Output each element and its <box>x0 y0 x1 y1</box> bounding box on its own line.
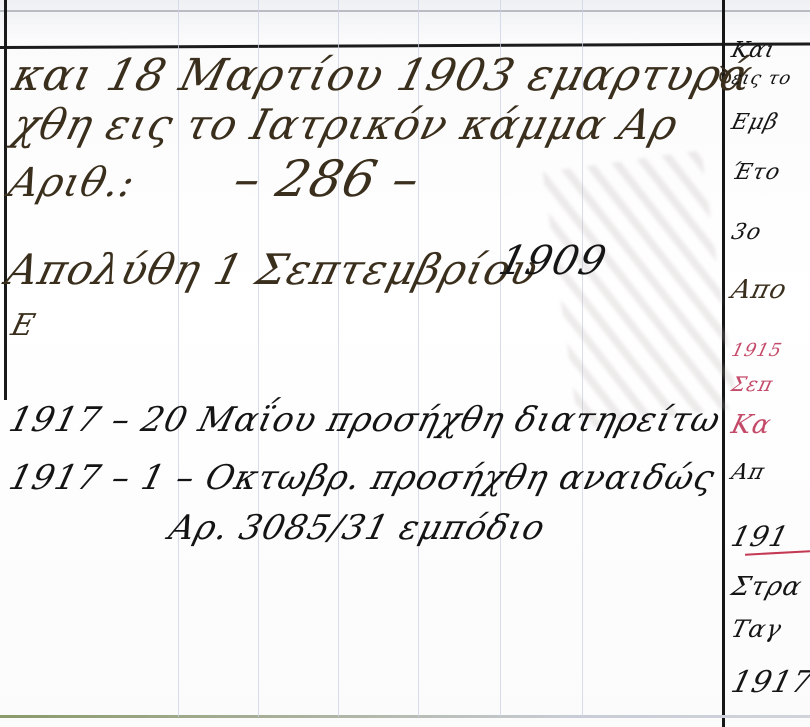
handwritten-line-3: Αριθ.: <box>4 160 140 206</box>
bottom-rule <box>0 715 810 718</box>
side-line-1: Και <box>729 38 778 63</box>
year-annotation: 1909 <box>494 238 611 284</box>
side-line-5: 3ο <box>729 220 764 245</box>
entry-1917-october: 1917 – 1 – Οκτωβρ. προσήχθη αναιδώς <box>5 458 719 498</box>
side-line-14: 1917 <box>728 665 810 700</box>
side-line-2: εις το <box>729 68 794 89</box>
handwritten-line-4: Απολύθη 1 Σεπτεμβρίου <box>2 245 544 294</box>
side-line-10: Απ <box>729 460 768 485</box>
top-divider <box>0 10 810 12</box>
record-number: – 286 – <box>228 150 427 208</box>
side-line-red-1: 1915 <box>729 340 784 361</box>
handwritten-line-2: χθη εις το Ιατρικόν κάμμα Αρ <box>8 100 684 149</box>
document-page: και 18 Μαρτίου 1903 εμαρτυρά χθη εις το … <box>0 0 810 727</box>
side-line-red-3: Κα <box>728 410 774 440</box>
side-line-11: 191 <box>728 520 793 553</box>
entry-1917-may: 1917 – 20 Μαΐου προσήχθη διατηρείτω <box>5 400 725 440</box>
handwritten-initial: Ε <box>8 308 40 343</box>
side-line-13: Ταγ <box>729 615 786 643</box>
header-rule <box>0 42 810 49</box>
side-line-3: Εμβ <box>729 110 781 135</box>
side-line-6: Απο <box>728 275 790 305</box>
handwritten-line-1: και 18 Μαρτίου 1903 εμαρτυρά <box>8 50 758 101</box>
side-line-red-2: Σεπ <box>729 372 776 396</box>
side-line-4: Έτο <box>729 160 783 185</box>
side-line-12: Στρα <box>728 572 805 602</box>
entry-reference-number: Αρ. 3085/31 εμπόδιο <box>165 508 550 548</box>
faded-stamp <box>543 150 738 430</box>
